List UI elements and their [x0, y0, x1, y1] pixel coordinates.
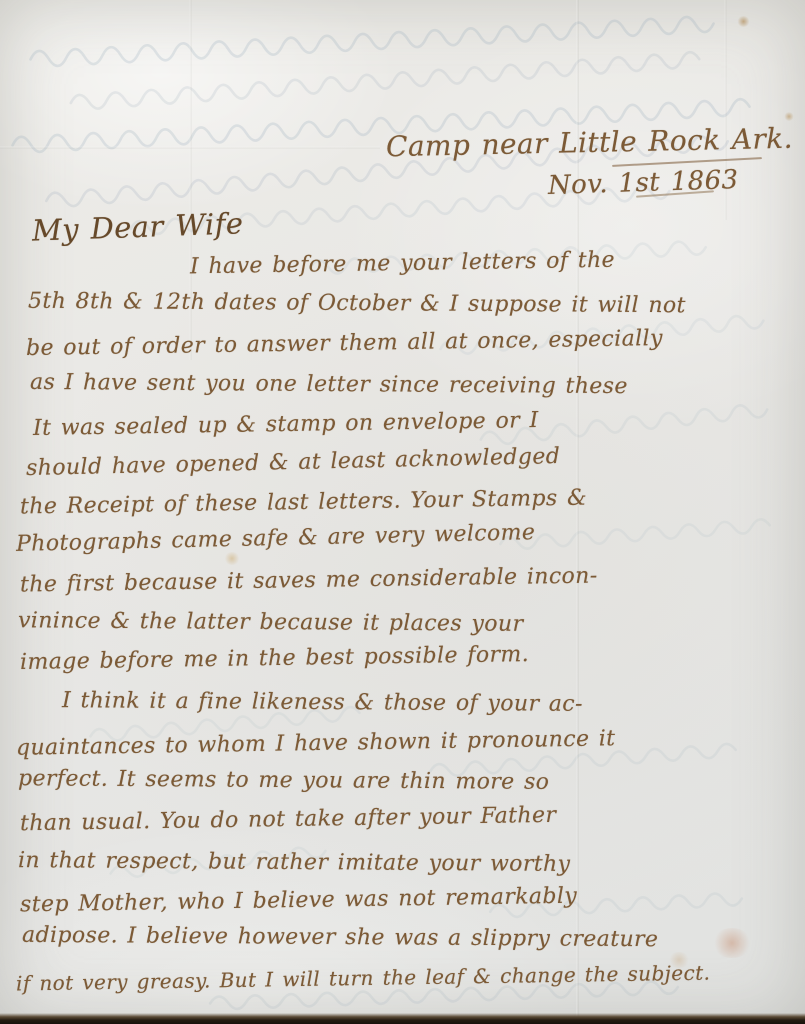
page-bottom-edge	[0, 1013, 805, 1024]
letter-salutation: My Dear Wife	[31, 206, 243, 247]
letter-line: than usual. You do not take after your F…	[20, 803, 557, 836]
letter-line: I think it a fine likeness & those of yo…	[62, 688, 583, 717]
letter-line: image before me in the best possible for…	[20, 642, 529, 675]
letter-line: the Receipt of these last letters. Your …	[20, 486, 587, 520]
letter-line: quaintances to whom I have shown it pron…	[16, 726, 616, 760]
letter-line: perfect. It seems to me you are thin mor…	[18, 766, 550, 795]
stain-spot	[224, 552, 240, 565]
pen-flourish	[612, 157, 762, 167]
letter-line: It was sealed up & stamp on envelope or …	[33, 408, 539, 441]
stain-spot	[737, 16, 750, 27]
letter-page: Camp near Little Rock Ark. Nov. 1st 1863…	[0, 0, 805, 1024]
letter-line: in that respect, but rather imitate your…	[18, 848, 571, 877]
letter-line: I have before me your letters of the	[190, 248, 615, 280]
letter-place-line: Camp near Little Rock Ark.	[386, 122, 794, 164]
letter-line: vinince & the latter because it places y…	[18, 608, 524, 637]
fold-crease-horizontal	[0, 146, 380, 149]
stain-spot	[712, 928, 752, 958]
letter-line: 5th 8th & 12th dates of October & I supp…	[28, 289, 686, 319]
stain-spot	[784, 112, 794, 121]
letter-line: should have opened & at least acknowledg…	[26, 444, 561, 481]
letter-line: as I have sent you one letter since rece…	[30, 370, 628, 399]
letter-line: if not very greasy. But I will turn the …	[16, 961, 711, 996]
letter-line: adipose. I believe however she was a sli…	[22, 923, 659, 952]
letter-line: the first because it saves me considerab…	[20, 563, 598, 597]
letter-line: be out of order to answer them all at on…	[26, 326, 663, 361]
letter-line: Photographs came safe & are very welcome	[16, 520, 536, 557]
letter-line: step Mother, who I believe was not remar…	[20, 884, 578, 918]
